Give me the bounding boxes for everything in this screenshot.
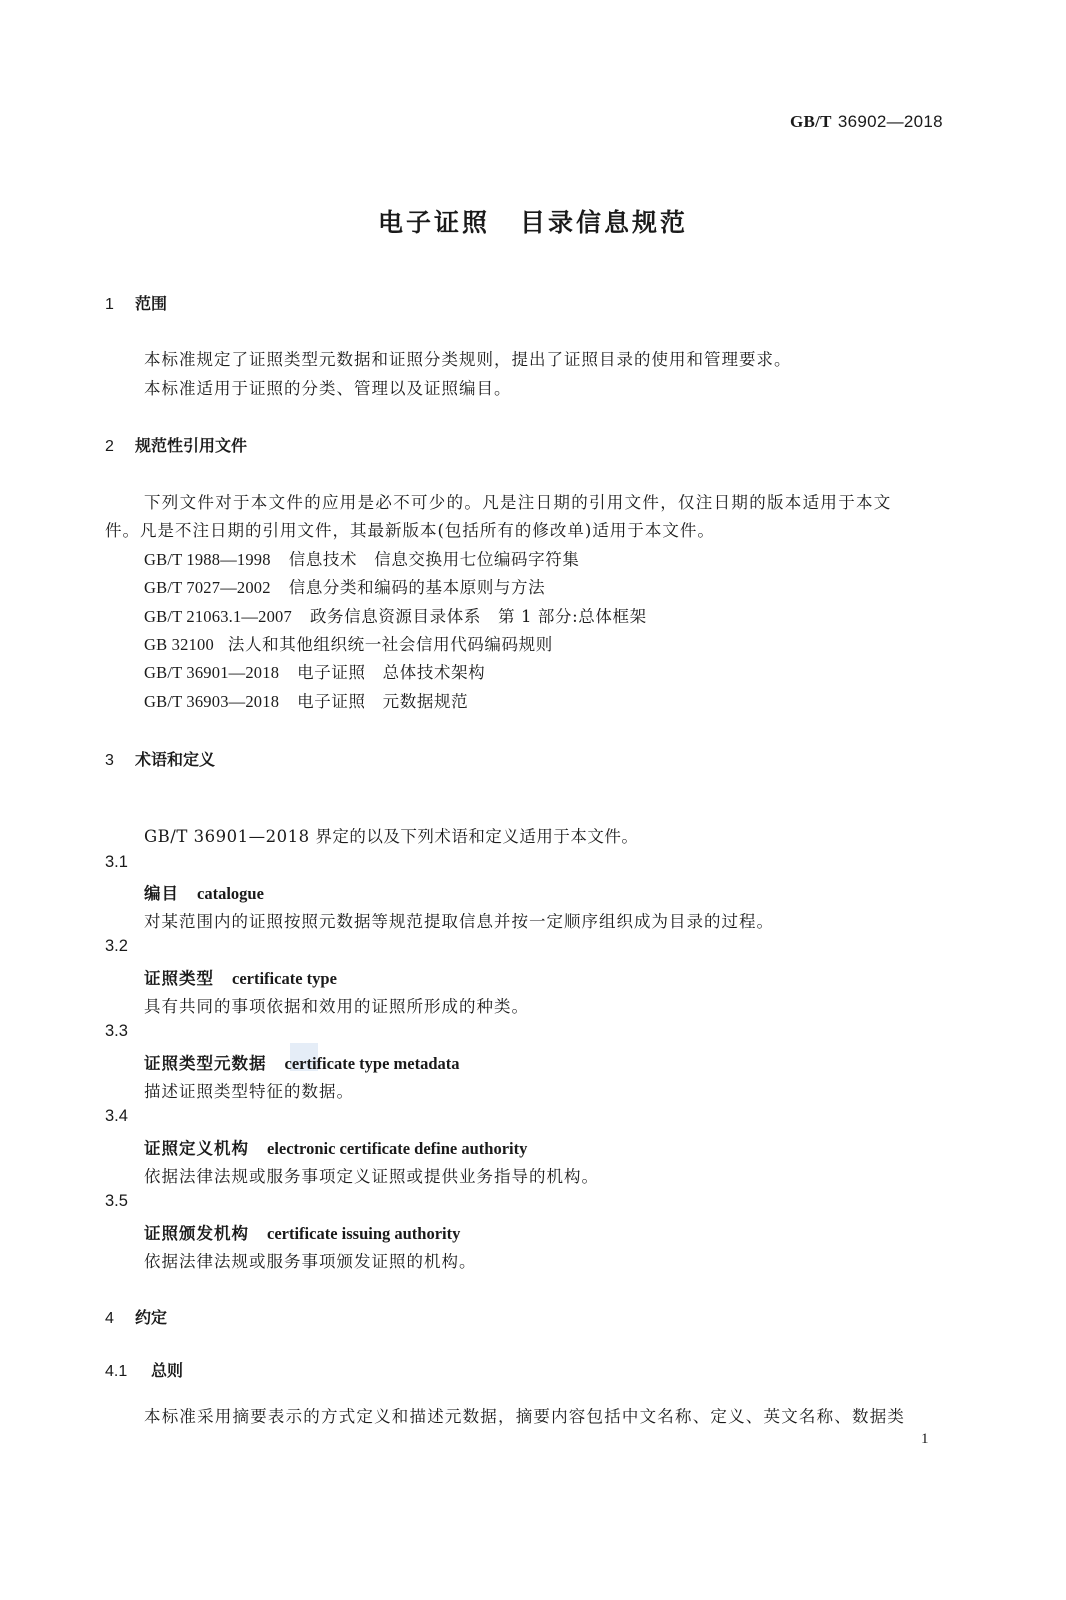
term-definition: 依据法律法规或服务事项定义证照或提供业务指导的机构。 — [144, 1163, 599, 1187]
reference-code: GB/T 7027—2002 — [144, 578, 271, 597]
term-en: electronic certificate define authority — [267, 1139, 527, 1158]
term-heading: 证照颁发机构certificate issuing authority — [144, 1220, 460, 1244]
section-number: 4 — [105, 1310, 135, 1328]
reference-code: GB/T 21063.1—2007 — [144, 607, 292, 626]
paragraph: 本标准规定了证照类型元数据和证照分类规则，提出了证照目录的使用和管理要求。 — [144, 346, 792, 370]
section-2-heading: 2规范性引用文件 — [105, 433, 247, 456]
term-zh: 证照颁发机构 — [144, 1224, 249, 1243]
section-title: 总则 — [151, 1361, 183, 1380]
term-zh: 证照定义机构 — [144, 1139, 249, 1158]
section-title: 范围 — [135, 294, 167, 313]
term-definition: 具有共同的事项依据和效用的证照所形成的种类。 — [144, 993, 529, 1017]
reference-item: GB/T 21063.1—2007政务信息资源目录体系 第 1 部分:总体框架 — [144, 603, 647, 627]
term-heading: 编目catalogue — [144, 880, 264, 904]
title-part-1: 电子证照 — [378, 208, 490, 237]
term-zh: 证照类型 — [144, 969, 214, 988]
reference-title: 信息技术 信息交换用七位编码字符集 — [289, 550, 580, 569]
reference-title: 法人和其他组织统一社会信用代码编码规则 — [228, 635, 553, 654]
reference-item: GB/T 7027—2002信息分类和编码的基本原则与方法 — [144, 574, 545, 598]
term-heading: 证照类型元数据certificate type metadata — [144, 1050, 460, 1074]
term-number: 3.4 — [105, 1107, 128, 1126]
term-definition: 描述证照类型特征的数据。 — [144, 1078, 354, 1102]
reference-code: GB 32100 — [144, 635, 214, 654]
term-number: 3.5 — [105, 1192, 128, 1211]
section-1-heading: 1范围 — [105, 291, 167, 314]
term-zh: 证照类型元数据 — [144, 1054, 267, 1073]
standard-number: GB/T36902—2018 — [790, 112, 943, 132]
reference-code: GB/T 36901—2018 — [144, 663, 279, 682]
term-en: certificate issuing authority — [267, 1224, 460, 1243]
term-en: catalogue — [197, 884, 264, 903]
reference-item: GB 32100法人和其他组织统一社会信用代码编码规则 — [144, 631, 553, 655]
paragraph: GB/T 36901—2018 界定的以及下列术语和定义适用于本文件。 — [144, 823, 638, 847]
term-number: 3.3 — [105, 1022, 128, 1041]
reference-item: GB/T 36903—2018电子证照 元数据规范 — [144, 688, 468, 712]
section-number: 3 — [105, 752, 135, 770]
page-number: 1 — [921, 1431, 929, 1448]
reference-title: 政务信息资源目录体系 第 1 部分:总体框架 — [310, 607, 647, 626]
term-heading: 证照定义机构electronic certificate define auth… — [144, 1135, 527, 1159]
reference-title: 信息分类和编码的基本原则与方法 — [289, 578, 546, 597]
section-title: 约定 — [135, 1308, 167, 1327]
subsection-4-1-heading: 4.1总则 — [105, 1358, 183, 1381]
section-title: 规范性引用文件 — [135, 436, 247, 455]
paragraph: 件。凡是不注日期的引用文件，其最新版本(包括所有的修改单)适用于本文件。 — [105, 517, 715, 541]
section-number: 4.1 — [105, 1363, 151, 1381]
reference-item: GB/T 36901—2018电子证照 总体技术架构 — [144, 659, 485, 683]
section-3-heading: 3术语和定义 — [105, 747, 215, 770]
section-number: 1 — [105, 296, 135, 314]
reference-item: GB/T 1988—1998信息技术 信息交换用七位编码字符集 — [144, 546, 579, 570]
term-zh: 编目 — [144, 884, 179, 903]
paragraph: 本标准适用于证照的分类、管理以及证照编目。 — [144, 375, 512, 399]
term-heading: 证照类型certificate type — [144, 965, 337, 989]
reference-code: GB/T 1988—1998 — [144, 550, 271, 569]
standard-prefix: GB/T — [790, 112, 832, 131]
term-en: certificate type metadata — [285, 1054, 460, 1073]
standard-number-value: 36902—2018 — [838, 112, 943, 131]
term-en: certificate type — [232, 969, 337, 988]
term-definition: 对某范围内的证照按照元数据等规范提取信息并按一定顺序组织成为目录的过程。 — [144, 908, 774, 932]
reference-code: GB/T 36903—2018 — [144, 692, 279, 711]
paragraph: 下列文件对于本文件的应用是必不可少的。凡是注日期的引用文件，仅注日期的版本适用于… — [144, 489, 892, 513]
term-definition: 依据法律法规或服务事项颁发证照的机构。 — [144, 1248, 477, 1272]
term-number: 3.2 — [105, 937, 128, 956]
section-4-heading: 4约定 — [105, 1305, 167, 1328]
paragraph: 本标准采用摘要表示的方式定义和描述元数据，摘要内容包括中文名称、定义、英文名称、… — [144, 1403, 905, 1427]
reference-title: 电子证照 总体技术架构 — [297, 663, 485, 682]
term-number: 3.1 — [105, 853, 128, 872]
reference-title: 电子证照 元数据规范 — [297, 692, 468, 711]
section-title: 术语和定义 — [135, 750, 215, 769]
title-part-2: 目录信息规范 — [520, 208, 688, 237]
document-title: 电子证照目录信息规范 — [0, 203, 1066, 239]
section-number: 2 — [105, 438, 135, 456]
